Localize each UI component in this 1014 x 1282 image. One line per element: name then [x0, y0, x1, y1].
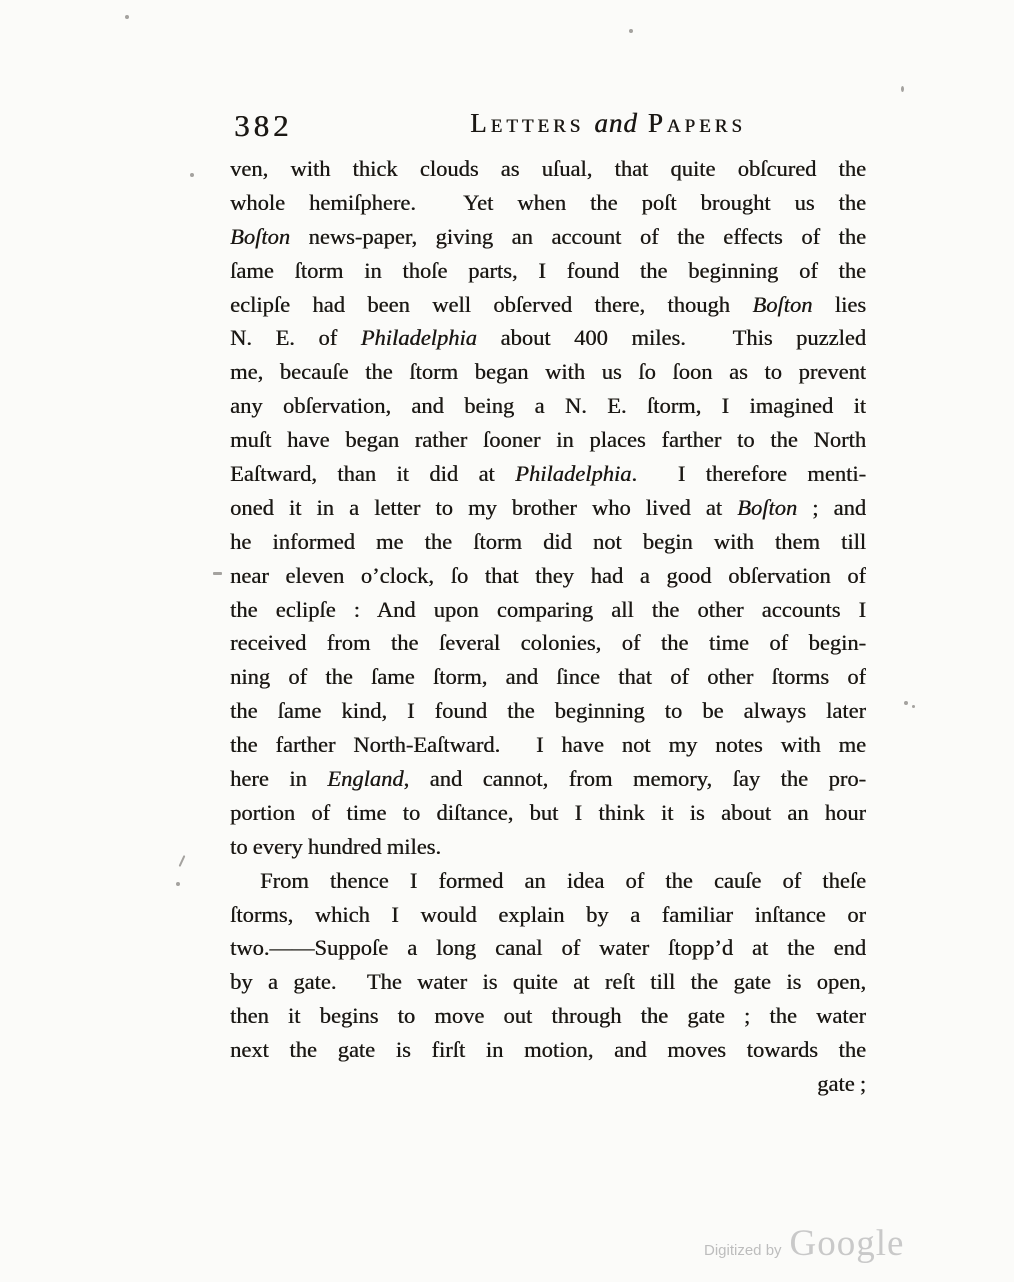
text-segment: , and cannot, from memory, ſay the pro- — [403, 766, 866, 791]
scan-speck — [629, 29, 633, 33]
text-line: here in England, and cannot, from memory… — [230, 762, 866, 796]
text-segment: muſt have began rather ſooner in places … — [230, 427, 866, 452]
text-line: whole hemiſphere. Yet when the poſt brou… — [230, 186, 866, 220]
text-line: the farther North-Eaſtward. I have not m… — [230, 728, 866, 762]
google-logo: Google — [790, 1222, 905, 1265]
text-line: ſtorms, which I would explain by a famil… — [230, 898, 866, 932]
text-segment: lies — [812, 292, 866, 317]
text-segment: two.——Suppoſe a long canal of water ſtop… — [230, 935, 866, 960]
scan-speck — [901, 86, 904, 92]
text-segment: whole hemiſphere. Yet when the poſt brou… — [230, 190, 866, 215]
page-number: 382 — [234, 108, 293, 144]
text-segment: by a gate. The water is quite at reſt ti… — [230, 969, 866, 994]
text-line: ſame ſtorm in thoſe parts, I found the b… — [230, 254, 866, 288]
text-line: portion of time to diſtance, but I think… — [230, 796, 866, 830]
text-segment: next the gate is firſt in motion, and mo… — [230, 1037, 866, 1062]
text-segment: the farther North-Eaſtward. I have not m… — [230, 732, 866, 757]
text-segment: N. E. of — [230, 325, 361, 350]
text-line: muſt have began rather ſooner in places … — [230, 423, 866, 457]
text-segment: to every hundred miles. — [230, 834, 441, 859]
catchword: gate ; — [230, 1067, 866, 1101]
text-segment: oned it in a letter to my brother who li… — [230, 495, 737, 520]
text-segment: then it begins to move out through the g… — [230, 1003, 866, 1028]
text-line: any obſervation, and being a N. E. ſtorm… — [230, 389, 866, 423]
digitized-by-text: Digitized by — [704, 1242, 782, 1259]
text-segment: news-paper, giving an account of the eff… — [290, 224, 866, 249]
running-title-word3: Papers — [648, 108, 746, 138]
text-line: received from the ſeveral colonies, of t… — [230, 626, 866, 660]
text-line: two.——Suppoſe a long canal of water ſtop… — [230, 931, 866, 965]
text-segment: near eleven o’clock, ſo that they had a … — [230, 563, 866, 588]
text-line: Boſton news-paper, giving an account of … — [230, 220, 866, 254]
page-header: 382 LettersandPapers — [230, 106, 866, 150]
text-line: ven, with thick clouds as uſual, that qu… — [230, 152, 866, 186]
text-line: he informed me the ſtorm did not begin w… — [230, 525, 866, 559]
text-line: me, becauſe the ſtorm began with us ſo ſ… — [230, 355, 866, 389]
text-line: Eaſtward, than it did at Philadelphia. I… — [230, 457, 866, 491]
scan-speck — [179, 855, 186, 867]
text-segment: Boſton — [737, 495, 797, 520]
text-segment: me, becauſe the ſtorm began with us ſo ſ… — [230, 359, 866, 384]
text-segment: the eclipſe : And upon comparing all the… — [230, 597, 866, 622]
text-line: the ſame kind, I found the beginning to … — [230, 694, 866, 728]
text-segment: about 400 miles. This puzzled — [477, 325, 866, 350]
text-segment: any obſervation, and being a N. E. ſtorm… — [230, 393, 866, 418]
text-line: then it begins to move out through the g… — [230, 999, 866, 1033]
running-title: LettersandPapers — [350, 108, 866, 139]
text-segment: ; and — [797, 495, 866, 520]
text-segment: Boſton — [752, 292, 812, 317]
text-segment: Philadelphia — [515, 461, 631, 486]
text-segment: he informed me the ſtorm did not begin w… — [230, 529, 866, 554]
text-segment: Eaſtward, than it did at — [230, 461, 515, 486]
text-line: ning of the ſame ſtorm, and ſince that o… — [230, 660, 866, 694]
page-body: ven, with thick clouds as uſual, that qu… — [230, 152, 866, 1101]
scan-speck — [190, 173, 194, 177]
text-line: oned it in a letter to my brother who li… — [230, 491, 866, 525]
text-segment: eclipſe had been well obſerved there, th… — [230, 292, 752, 317]
watermark: Digitized by Google — [704, 1222, 904, 1265]
text-line: From thence I formed an idea of the cauſ… — [230, 864, 866, 898]
text-line: to every hundred miles. — [230, 830, 866, 864]
text-segment: ſame ſtorm in thoſe parts, I found the b… — [230, 258, 866, 283]
text-line: by a gate. The water is quite at reſt ti… — [230, 965, 866, 999]
scan-speck — [912, 705, 915, 708]
text-segment: ven, with thick clouds as uſual, that qu… — [230, 156, 866, 181]
text-segment: From thence I formed an idea of the cauſ… — [260, 868, 866, 893]
text-segment: Philadelphia — [361, 325, 477, 350]
scan-speck — [125, 15, 129, 19]
text-line: next the gate is firſt in motion, and mo… — [230, 1033, 866, 1067]
text-segment: received from the ſeveral colonies, of t… — [230, 630, 866, 655]
text-line: near eleven o’clock, ſo that they had a … — [230, 559, 866, 593]
scan-speck — [213, 572, 222, 575]
scan-speck — [904, 701, 908, 705]
text-segment: ſtorms, which I would explain by a famil… — [230, 902, 866, 927]
text-segment: Boſton — [230, 224, 290, 249]
text-line: the eclipſe : And upon comparing all the… — [230, 593, 866, 627]
text-segment: the ſame kind, I found the beginning to … — [230, 698, 866, 723]
text-segment: here in — [230, 766, 327, 791]
book-page: 382 LettersandPapers ven, with thick clo… — [0, 0, 1014, 1282]
text-line: N. E. of Philadelphia about 400 miles. T… — [230, 321, 866, 355]
text-segment: ning of the ſame ſtorm, and ſince that o… — [230, 664, 866, 689]
text-segment: . I therefore menti- — [631, 461, 866, 486]
text-line: eclipſe had been well obſerved there, th… — [230, 288, 866, 322]
lines-container: ven, with thick clouds as uſual, that qu… — [230, 152, 866, 1067]
text-segment: portion of time to diſtance, but I think… — [230, 800, 866, 825]
running-title-word1: Letters — [470, 108, 584, 138]
text-segment: England — [327, 766, 403, 791]
scan-speck — [176, 882, 180, 886]
running-title-word2: and — [594, 108, 638, 138]
